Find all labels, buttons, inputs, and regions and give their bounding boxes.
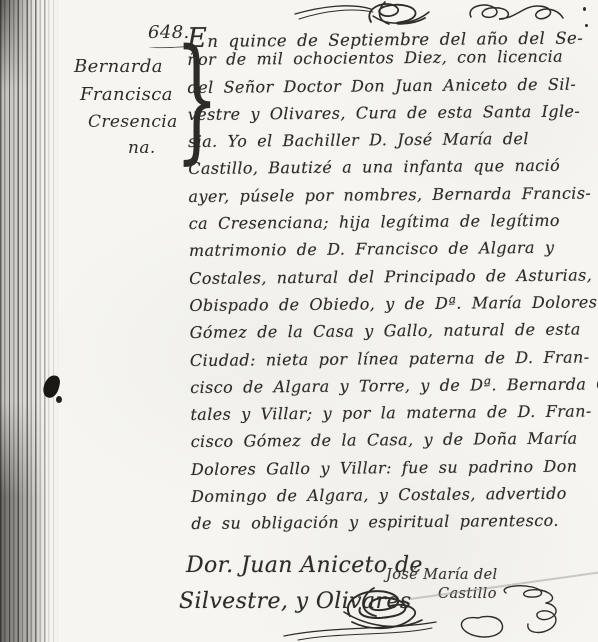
signature-rubric-baptizer <box>448 584 566 642</box>
baptizer-signature-line1: José María del <box>386 567 498 583</box>
body-line: ayer, púsele por nombres, Bernarda Franc… <box>188 183 592 214</box>
margin-name-line: na. <box>128 138 156 158</box>
body-line: cisco de Algara y Torre, y de Dª. Bernar… <box>190 374 594 405</box>
body-line: tales y Villar; y por la materna de D. F… <box>190 402 594 433</box>
body-line: Gómez de la Casa y Gallo, natural de est… <box>190 320 594 351</box>
ink-speck <box>583 7 586 11</box>
body-line: Dolores Gallo y Villar: fue su padrino D… <box>191 456 595 487</box>
signature-rubric-priest <box>282 586 440 642</box>
body-line: En quince de Septiembre del año del Se- <box>187 19 591 50</box>
binding-shadow-bottom <box>0 402 52 642</box>
body-line: de su obligación y espiritual parentesco… <box>191 511 595 542</box>
body-line: Domingo de Algara, y Costales, advertido <box>191 484 595 515</box>
body-line: Castillo, Bautizé a una infanta que naci… <box>188 156 592 187</box>
body-line: Costales, natural del Principado de Astu… <box>189 265 593 296</box>
body-line: del Señor Doctor Don Juan Aniceto de Sil… <box>187 74 591 105</box>
body-line: cisco Gómez de la Casa, y de Doña María <box>191 429 595 460</box>
body-line: Ciudad: nieta por línea paterna de D. Fr… <box>190 347 594 378</box>
margin-name-line: Bernarda <box>74 56 163 77</box>
scanned-page: 648. Bernarda Francisca Cresencia na. } … <box>0 0 598 642</box>
body-line: vestre y Olivares, Cura de esta Santa Ig… <box>188 101 592 132</box>
body-line: ca Cresenciana; hija legítima de legítim… <box>189 211 593 242</box>
record-body: En quince de Septiembre del año del Se- … <box>187 19 596 541</box>
body-line: matrimonio de D. Francisco de Algara y <box>189 238 593 269</box>
body-line: sia. Yo el Bachiller D. José María del <box>188 129 592 160</box>
binding-shadow-top <box>0 0 40 90</box>
ink-blot <box>56 396 62 403</box>
margin-name-line: Francisca <box>80 84 173 105</box>
body-line: ñor de mil ochocientos Diez, con licenci… <box>187 47 591 78</box>
body-line: Obispado de Obiedo, y de Dª. María Dolor… <box>189 292 593 323</box>
margin-name-line: Cresencia <box>88 112 178 132</box>
